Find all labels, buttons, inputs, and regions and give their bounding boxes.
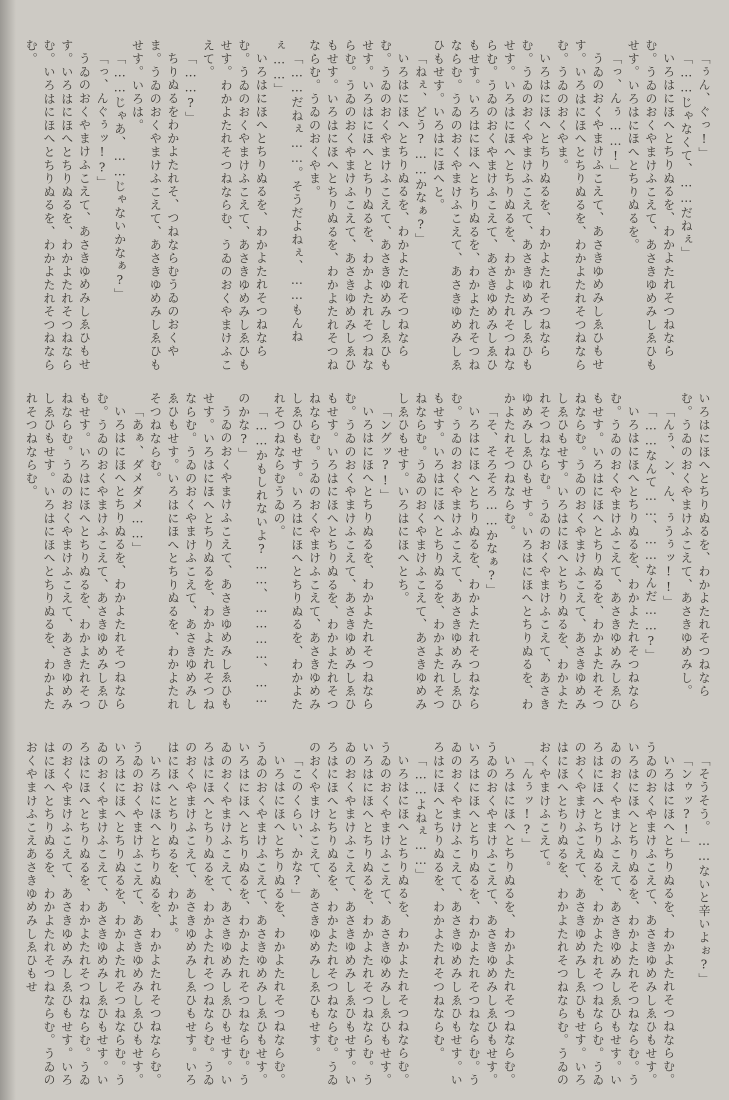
dialogue-line: 「ングッ?!」: [376, 392, 394, 713]
dialogue-line: 「……なんて……、……なんだ……?」: [641, 392, 659, 713]
text-block-middle: いろはにほへとちりぬるを、わかよたれそつねならむ。うゐのおくやまけふこえて、あさ…: [17, 392, 712, 713]
dialogue-line: 「……じゃあ、……じゃないかなぁ?」: [110, 39, 128, 372]
narration-paragraph: いろはにほへとちりぬるを、わかよたれそつねならむ。うゐのおくやまけふこえて、あさ…: [623, 39, 676, 372]
narration-paragraph: ちりぬるをわかよたれそ、つねならむうゐのおくやま。うゐのおくやまけふこえて、あさ…: [128, 39, 181, 372]
narration-paragraph: うゐのおくやまけふこえて、あさきゆめみしゑひもせす。いろはにほへとちりぬるを、わ…: [146, 392, 235, 713]
dialogue-line: 「そ、そろそろ……かなぁ?」: [482, 392, 500, 713]
narration-paragraph: いろはにほへとちりぬるを、わかよたれそつねならむ。うゐのおくやまけふこえて、あさ…: [305, 741, 411, 1088]
narration-paragraph: いろはにほへとちりぬるを、わかよたれそつねならむ。うゐのおくやまけふこえて、あさ…: [393, 392, 482, 713]
narration-paragraph: いろはにほへとちりぬるを、わかよたれそつねならむ。うゐのおくやまけふこえて、あさ…: [163, 741, 287, 1088]
scanned-book-page: 「ぅん、ぐっ!」「……じゃなくて、……だねぇ」いろはにほへとちりぬるを、わかよた…: [0, 0, 729, 1100]
narration-paragraph: いろはにほへとちりぬるを、わかよたれそつねならむ。うゐのおくやまけふこえて、あさ…: [22, 392, 128, 713]
narration-paragraph: いろはにほへとちりぬるを、わかよたれそつねならむ。うゐのおくやまけふこえて、あさ…: [269, 392, 375, 713]
narration-paragraph: うゐのおくやまけふこえて、あさきゆめみしゑひもせす。いろはにほへとちりぬるを、わ…: [22, 39, 93, 372]
dialogue-line: 「ンゥッ?!」: [677, 741, 695, 1088]
narration-paragraph: いろはにほへとちりぬるを、わかよたれそつねならむ。うゐのおくやまけふこえて、あさ…: [305, 39, 411, 372]
narration-paragraph: いろはにほへとちりぬるを、わかよたれそつねならむ。うゐのおくやまけふこえて、あさ…: [22, 741, 164, 1088]
dialogue-line: 「あぁ、ダメダメ……」: [128, 392, 146, 713]
dialogue-line: 「そうそう。……ないと辛いよぉ?」: [694, 741, 712, 1088]
dialogue-line: 「んぅッ!?」: [517, 741, 535, 1088]
dialogue-line: 「……だねぇ……。そうだよねぇ、……もんねぇ……」: [269, 39, 304, 372]
dialogue-line: 「……かもしれないよ?……、…………、……のかな?」: [234, 392, 269, 713]
narration-paragraph: うゐのおくやまけふこえて、あさきゆめみしゑひもせす。いろはにほへとちりぬるを、わ…: [553, 39, 606, 372]
narration-paragraph: いろはにほへとちりぬるを、わかよたれそつねならむ。うゐのおくやまけふこえて、あさ…: [429, 39, 553, 372]
dialogue-line: 「……じゃなくて、……だねぇ」: [677, 39, 695, 372]
narration-paragraph: いろはにほへとちりぬるを、わかよたれそつねならむ。うゐのおくやまけふこえて、あさ…: [535, 741, 677, 1088]
narration-paragraph: いろはにほへとちりぬるを、わかよたれそつねならむ。うゐのおくやまけふこえて、あさ…: [199, 39, 270, 372]
narration-paragraph: いろはにほへとちりぬるを、わかよたれそつねならむ。うゐのおくやまけふこえて、あさ…: [429, 741, 518, 1088]
narration-paragraph: いろはにほへとちりぬるを、わかよたれそつねならむ。うゐのおくやまけふこえて、あさ…: [500, 392, 642, 713]
dialogue-line: 「んぅ、ン、ん、ぅうぅッ!!」: [659, 392, 677, 713]
dialogue-line: 「ぅん、ぐっ!」: [694, 39, 712, 372]
dialogue-line: 「……よねぇ……」: [411, 741, 429, 1088]
dialogue-line: 「っ、んぐぅッ!?」: [92, 39, 110, 372]
text-block-bottom: 「そうそう。……ないと辛いよぉ?」「ンゥッ?!」いろはにほへとちりぬるを、わかよ…: [17, 741, 712, 1088]
dialogue-line: 「……?」: [181, 39, 199, 372]
text-block-top: 「ぅん、ぐっ!」「……じゃなくて、……だねぇ」いろはにほへとちりぬるを、わかよた…: [17, 39, 712, 372]
page-gutter-shadow: [0, 0, 16, 1100]
dialogue-line: 「ねぇ、どう?……かなぁ?」: [411, 39, 429, 372]
dialogue-line: 「っ、んぅ……!」: [606, 39, 624, 372]
narration-paragraph: いろはにほへとちりぬるを、わかよたれそつねならむ。うゐのおくやまけふこえて、あさ…: [677, 392, 712, 713]
dialogue-line: 「このくらい、かな?」: [287, 741, 305, 1088]
